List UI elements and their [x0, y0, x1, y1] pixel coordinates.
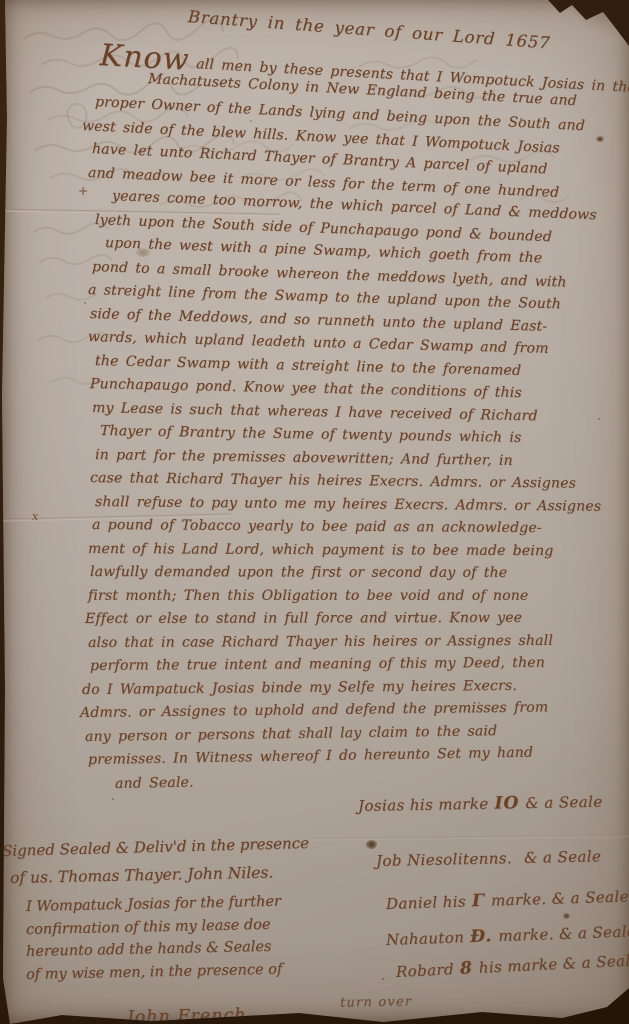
paper-sheet: Brantry in the year of our Lord 1657 Kno…: [0, 0, 629, 1024]
deed-body-line: lawfully demanded upon the first or seco…: [90, 561, 507, 585]
deed-body: Knowall men by these presents that I Wom…: [0, 44, 629, 796]
deed-body-line: and Seale.: [115, 771, 194, 796]
ink-blot: [563, 913, 570, 919]
deed-body-line: Effect or else to stand in full force an…: [85, 607, 522, 632]
margin-mark: +: [78, 184, 88, 198]
signer-name: Robard: [396, 960, 455, 981]
witness-signature: John French: [127, 1005, 247, 1024]
deed-body-line: also that in case Richard Thayer his hei…: [88, 629, 553, 655]
us-label: us.: [63, 1011, 85, 1024]
signature-mark: 8: [459, 958, 473, 979]
seal-note: & a Seale: [525, 793, 603, 812]
seal-note: & a Seale: [524, 847, 602, 867]
deed-body-line: a pound of Tobacco yearly to bee paid as…: [92, 514, 542, 541]
deed-body-line: ment of his Land Lord, which payment is …: [88, 538, 553, 564]
turn-over-note: turn over: [340, 994, 412, 1010]
signer-name: Nahauton: [386, 928, 465, 949]
seal-note: marke. & a Seale: [491, 887, 629, 909]
postscript-witness-line: us.John French: [26, 981, 247, 1008]
margin-mark: x: [32, 510, 38, 523]
ink-blot: [366, 840, 377, 849]
deed-body-line: first month; Then this Obligation to bee…: [88, 584, 528, 608]
signature-mark: IO: [494, 793, 519, 813]
signer-name: Job Niesolitenns.: [376, 849, 512, 870]
signature-mark: Ð.: [470, 926, 493, 947]
signer-name: Daniel his: [386, 892, 467, 913]
postscript-block: I Wompatuck Josias for the further confi…: [26, 896, 282, 1009]
seal-note: marke. & a Seale: [498, 922, 629, 945]
document-scan: Brantry in the year of our Lord 1657 Kno…: [0, 0, 629, 1024]
signer-name: Josias his marke: [358, 795, 489, 815]
signature-mark: Γ: [472, 891, 486, 911]
paper-speckles: [0, 0, 2, 2]
